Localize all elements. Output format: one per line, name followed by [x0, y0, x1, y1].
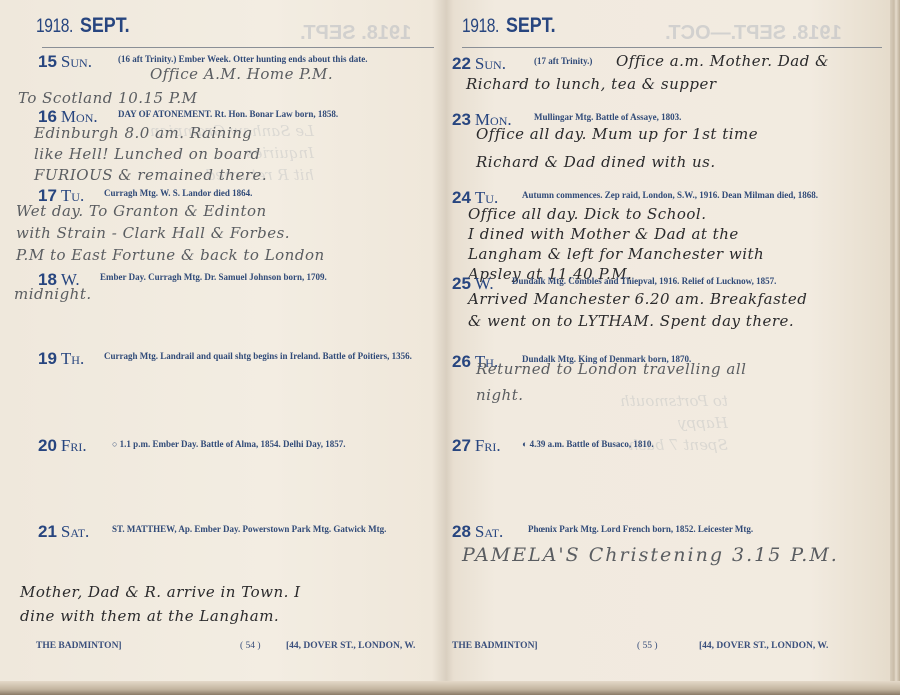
weekday: Fri. [475, 436, 501, 455]
weekday: Th. [61, 349, 84, 368]
footer-page-number: ( 54 ) [240, 641, 261, 651]
header-rule [462, 47, 882, 48]
handwritten-entry: Arrived Manchester 6.20 am. Breakfasted … [468, 288, 888, 332]
footer-publisher: THE BADMINTON] [452, 641, 538, 651]
weekday: Fri. [61, 436, 87, 455]
handwritten-entry: Mother, Dad & R. arrive in Town. I dine … [20, 580, 440, 628]
printed-note: Phœnix Park Mtg. Lord French born, 1852.… [528, 524, 858, 534]
day-number: 27 [452, 436, 471, 455]
handwritten-entry: Edinburgh 8.0 am. Raining like Hell! Lun… [34, 123, 444, 186]
diary-spread: 1918. SEPT. 1918. SEPT. Le Sanhaw Grampi… [0, 0, 900, 695]
page-header: 1918. SEPT. [462, 14, 880, 38]
handwritten-entry: Office A.M. Home P.M. To Scotland 10.15 … [18, 62, 438, 110]
day-number: 23 [452, 110, 471, 129]
header-year: 1918. [462, 16, 499, 38]
footer-address: [44, DOVER ST., LONDON, W. [286, 641, 415, 651]
printed-note: DAY OF ATONEMENT. Rt. Hon. Bonar Law bor… [118, 109, 438, 119]
day-number: 20 [38, 436, 57, 455]
footer-page-number: ( 55 ) [637, 641, 658, 651]
footer-address: [44, DOVER ST., LONDON, W. [699, 641, 828, 651]
printed-note: Curragh Mtg. Landrail and quail shtg beg… [104, 351, 439, 361]
printed-note: ○ 1.1 p.m. Ember Day. Battle of Alma, 18… [112, 439, 442, 449]
day-entry: 27Fri. ◐ 4.39 a.m. Battle of Busaco, 181… [452, 436, 880, 456]
printed-note: Ember Day. Curragh Mtg. Dr. Samuel Johns… [100, 272, 430, 282]
printed-note: Dundalk Mtg. Combles and Thiepval, 1916.… [512, 276, 872, 286]
weekday: Sat. [61, 522, 89, 541]
header-month: SEPT. [80, 14, 130, 38]
book-bottom-edge [0, 681, 900, 695]
left-page: 1918. SEPT. 1918. SEPT. Le Sanhaw Grampi… [0, 0, 448, 680]
printed-note: ST. MATTHEW, Ap. Ember Day. Powerstown P… [112, 524, 437, 534]
page-footer: THE BADMINTON] ( 54 ) [44, DOVER ST., LO… [36, 641, 436, 655]
weekday: Sat. [475, 522, 503, 541]
header-year: 1918. [36, 16, 73, 38]
day-number: 26 [452, 352, 471, 371]
handwritten-entry: Office all day. Mum up for 1st time Rich… [476, 120, 896, 176]
day-entry: 19Th. Curragh Mtg. Landrail and quail sh… [38, 349, 436, 369]
day-entry: 21Sat. ST. MATTHEW, Ap. Ember Day. Power… [38, 522, 436, 542]
day-entry: 20Fri. ○ 1.1 p.m. Ember Day. Battle of A… [38, 436, 436, 456]
day-number: 19 [38, 349, 57, 368]
printed-note: ◐ 4.39 a.m. Battle of Busaco, 1810. [522, 439, 772, 449]
day-number: 28 [452, 522, 471, 541]
handwritten-entry: Office a.m. Mother. Dad & Richard to lun… [466, 50, 886, 96]
header-rule [42, 47, 434, 48]
day-entry: 28Sat. Phœnix Park Mtg. Lord French born… [452, 522, 880, 542]
printed-note: Autumn commences. Zep raid, London, S.W.… [522, 190, 852, 200]
page-header: 1918. SEPT. [36, 14, 438, 38]
right-page: 1918. SEPT.—OCT. 1918. SEPT. to Portsmou… [450, 0, 890, 680]
footer-publisher: THE BADMINTON] [36, 641, 122, 651]
handwritten-entry: Returned to London travelling all night. [476, 356, 876, 408]
handwritten-entry: Office all day. Dick to School. I dined … [468, 204, 888, 284]
day-number: 21 [38, 522, 57, 541]
handwritten-entry: PAMELA'S Christening 3.15 P.M. [462, 543, 882, 567]
handwritten-entry: Wet day. To Granton & Edinton with Strai… [16, 200, 446, 266]
header-month: SEPT. [506, 14, 556, 38]
printed-note: Curragh Mtg. W. S. Landor died 1864. [104, 188, 424, 198]
handwritten-entry: midnight. [14, 282, 214, 306]
page-footer: THE BADMINTON] ( 55 ) [44, DOVER ST., LO… [452, 641, 878, 655]
